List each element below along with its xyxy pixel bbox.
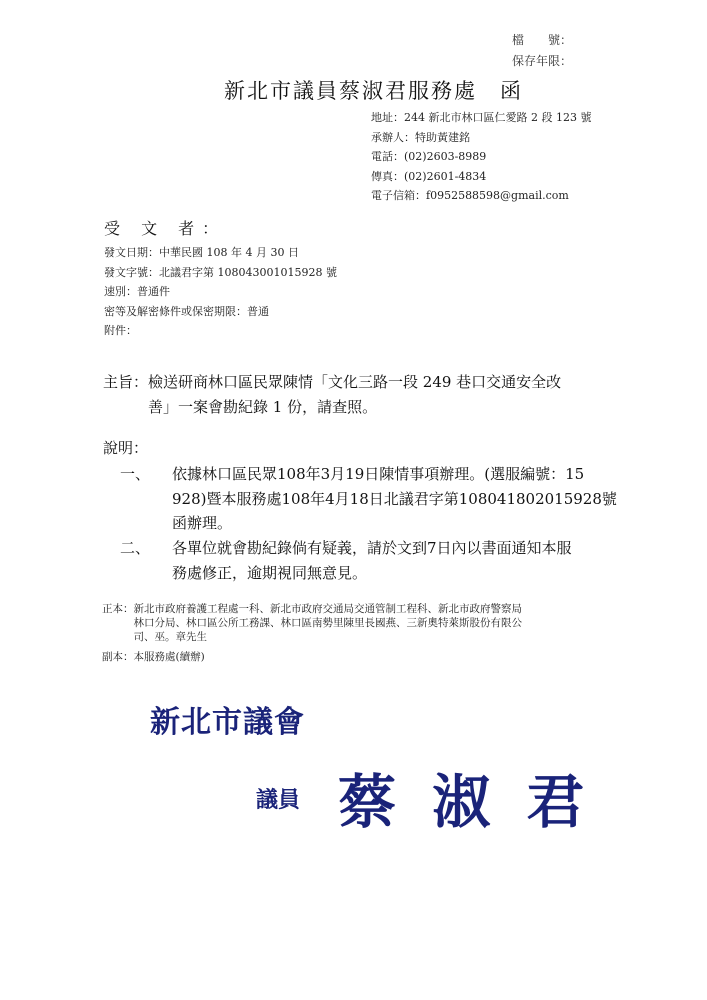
retention-period-label: 保存年限：	[512, 51, 572, 72]
delivery-speed: 速別：普通件	[104, 282, 337, 302]
item-line: 各單位就會勘紀錄倘有疑義，請於文到7日內以書面通知本服	[172, 536, 572, 561]
subject-section: 主旨： 檢送研商林口區民眾陳情「文化三路一段 249 巷口交通安全改 善」一案會…	[103, 370, 561, 420]
dispatch-date: 發文日期：中華民國 108 年 4 月 30 日	[104, 243, 337, 263]
explanation-label: 說明：	[103, 436, 148, 461]
original-line: 新北市政府養護工程處一科、新北市政府交通局交通管制工程科、新北市政府警察局	[134, 602, 523, 616]
contact-address: 地址：244 新北市林口區仁愛路 2 段 123 號	[371, 108, 591, 128]
subject-line-2: 善」一案會勘紀錄 1 份，請查照。	[103, 395, 561, 420]
item-line: 函辦理。	[172, 511, 617, 536]
original-line: 林口分局、林口區公所工務課、林口區南勢里陳里長國燕、三新奧特萊斯股份有限公	[134, 616, 523, 630]
attachment: 附件：	[104, 321, 337, 341]
item-line: 務處修正，逾期視同無意見。	[172, 561, 572, 586]
contact-block: 地址：244 新北市林口區仁愛路 2 段 123 號 承辦人：特助黃建銘 電話：…	[371, 108, 591, 206]
original-recipients: 正本： 新北市政府養護工程處一科、新北市政府交通局交通管制工程科、新北市政府警察…	[102, 602, 522, 644]
classification: 密等及解密條件或保密期限：普通	[104, 302, 337, 322]
document-title: 新北市議員蔡淑君服務處 函	[224, 75, 523, 105]
subject-line-1: 檢送研商林口區民眾陳情「文化三路一段 249 巷口交通安全改	[148, 370, 561, 395]
copy-label: 副本：	[102, 651, 134, 663]
contact-email: 電子信箱：f0952588598@gmail.com	[371, 186, 591, 206]
item-line: 依據林口區民眾108年3月19日陳情事項辦理。(選服編號：15	[172, 462, 617, 487]
copy-value: 本服務處(續辦)	[134, 651, 205, 663]
copy-recipients: 副本：本服務處(續辦)	[102, 650, 205, 664]
original-line: 司、巫。章先生	[134, 630, 523, 644]
item-number: 一、	[120, 462, 172, 536]
file-number-label: 檔 號：	[512, 30, 572, 51]
recipient-label: 受 文 者：	[104, 216, 226, 239]
council-seal-text: 新北市議會	[150, 697, 305, 741]
explanation-item-1: 一、 依據林口區民眾108年3月19日陳情事項辦理。(選服編號：15 928)暨…	[120, 462, 617, 536]
item-line: 928)暨本服務處108年4月18日北議君字第108041802015928號	[172, 487, 617, 512]
dispatch-info: 發文日期：中華民國 108 年 4 月 30 日 發文字號：北議君字第 1080…	[104, 243, 337, 341]
contact-phone: 電話：(02)2603-8989	[371, 147, 591, 167]
dispatch-number: 發文字號：北議君字第 108043001015928 號	[104, 263, 337, 283]
item-number: 二、	[120, 536, 172, 585]
subject-label: 主旨：	[103, 370, 148, 395]
contact-fax: 傳真：(02)2601-4834	[371, 167, 591, 187]
explanation-item-2: 二、 各單位就會勘紀錄倘有疑義，請於文到7日內以書面通知本服 務處修正，逾期視同…	[120, 536, 572, 585]
councilor-signature: 蔡 淑 君	[338, 755, 592, 839]
contact-handler: 承辦人：特助黃建銘	[371, 128, 591, 148]
original-label: 正本：	[102, 602, 134, 644]
councilor-title: 議員	[256, 783, 300, 814]
